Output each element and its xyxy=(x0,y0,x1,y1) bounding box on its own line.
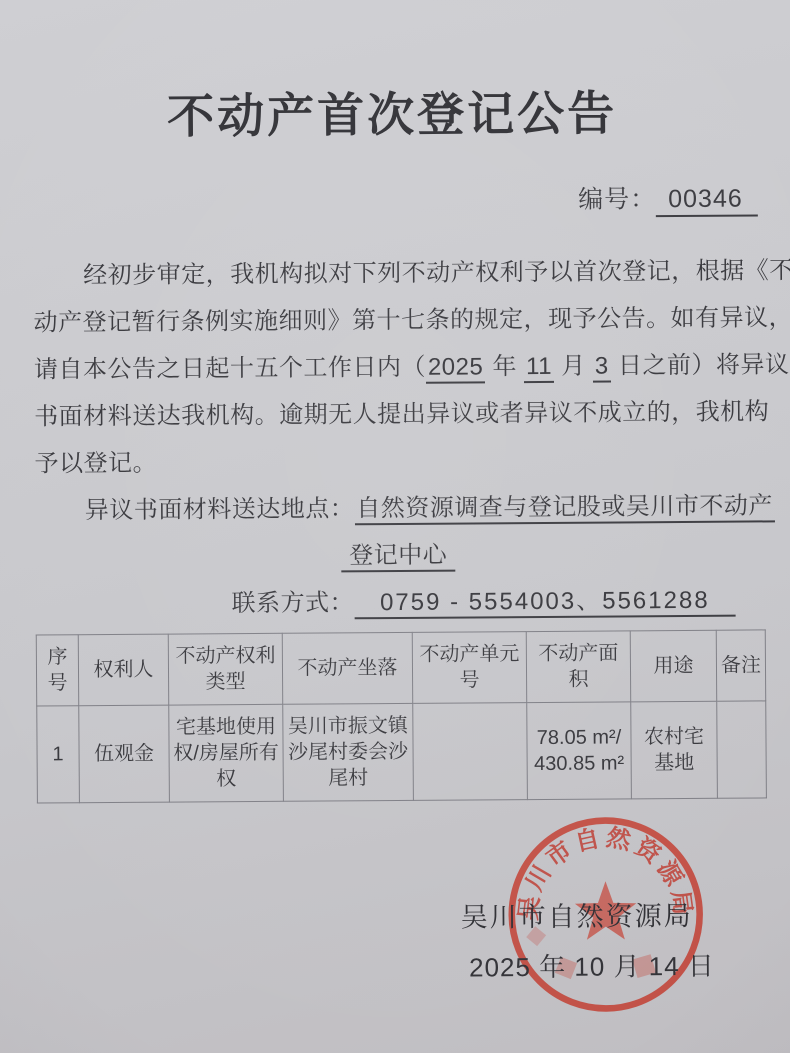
deadline-post: 日之前）将异议 xyxy=(611,351,790,379)
paragraph-line-4: 书面材料送达我机构。逾期无人提出异议或者异议不成立的，我机构 xyxy=(34,388,760,440)
header-unit-no: 不动产单元号 xyxy=(412,632,526,704)
header-seq: 序号 xyxy=(36,635,78,706)
delivery-label: 异议书面材料送达地点： xyxy=(85,495,355,524)
contact-label: 联系方式： xyxy=(231,589,354,617)
delivery-address-line-2: 登记中心 xyxy=(35,529,761,581)
paragraph-line-3: 请自本公告之日起十五个工作日内（2025 年 11 月 3 日之前）将异议 xyxy=(34,341,760,393)
header-usage: 用途 xyxy=(630,630,716,702)
cell-usage: 农村宅基地 xyxy=(631,701,718,799)
cell-unit-no xyxy=(413,703,528,801)
deadline-sep1: 年 xyxy=(485,353,524,380)
doc-number: 编号：00346 xyxy=(578,178,758,215)
paragraph-line-2: 动产登记暂行条例实施细则》第十七条的规定，现予公告。如有异议， xyxy=(33,294,759,346)
page-title: 不动产首次登记公告 xyxy=(0,75,787,148)
paragraph-line-5: 予以登记。 xyxy=(34,435,760,487)
cell-area: 78.05 m²/ 430.85 m² xyxy=(527,702,632,800)
doc-number-label: 编号： xyxy=(578,185,656,214)
header-owner: 权利人 xyxy=(78,634,168,706)
body-text: 经初步审定，我机构拟对下列不动产权利予以首次登记，根据《不 动产登记暂行条例实施… xyxy=(33,247,762,628)
contact-value: 0759 - 5554003、5561288 xyxy=(354,587,736,620)
cell-location: 吴川市振文镇沙尾村委会沙尾村 xyxy=(283,703,414,801)
registry-table: 序号 权利人 不动产权利类型 不动产坐落 不动产单元号 不动产面积 用途 备注 … xyxy=(36,629,767,803)
deadline-year: 2025 xyxy=(426,353,486,383)
cell-owner: 伍观金 xyxy=(79,705,170,803)
doc-number-value: 00346 xyxy=(656,184,758,217)
paragraph-line-1: 经初步审定，我机构拟对下列不动产权利予以首次登记，根据《不 xyxy=(33,247,759,299)
header-area: 不动产面积 xyxy=(526,631,630,703)
table-header-row: 序号 权利人 不动产权利类型 不动产坐落 不动产单元号 不动产面积 用途 备注 xyxy=(36,630,765,706)
issuing-authority: 吴川市自然资源局 xyxy=(461,894,693,935)
delivery-value-1: 自然资源调查与登记股或吴川市不动产 xyxy=(354,492,775,525)
delivery-address-line: 异议书面材料送达地点：自然资源调查与登记股或吴川市不动产 xyxy=(35,482,761,534)
cell-remark xyxy=(717,701,767,798)
table-row: 1 伍观金 宅基地使用权/房屋所有权 吴川市振文镇沙尾村委会沙尾村 78.05 … xyxy=(37,701,767,803)
deadline-sep2: 月 xyxy=(554,353,593,380)
deadline-day: 3 xyxy=(593,352,611,382)
announcement-page: 不动产首次登记公告 编号：00346 经初步审定，我机构拟对下列不动产权利予以首… xyxy=(0,0,790,1053)
delivery-value-2: 登记中心 xyxy=(341,542,455,573)
issue-date: 2025 年 10 月 14 日 xyxy=(469,946,715,985)
cell-right-type: 宅基地使用权/房屋所有权 xyxy=(169,704,284,802)
page-content: 不动产首次登记公告 编号：00346 经初步审定，我机构拟对下列不动产权利予以首… xyxy=(0,0,790,1053)
header-location: 不动产坐落 xyxy=(282,632,412,704)
area-line-1: 78.05 m²/ xyxy=(537,726,622,749)
area-line-2: 430.85 m² xyxy=(534,752,624,775)
header-right-type: 不动产权利类型 xyxy=(168,633,282,705)
header-remark: 备注 xyxy=(716,630,765,701)
cell-seq: 1 xyxy=(37,706,80,803)
contact-line: 联系方式：0759 - 5554003、5561288 xyxy=(35,576,761,628)
deadline-month: 11 xyxy=(524,353,554,383)
deadline-pre: 请自本公告之日起十五个工作日内（ xyxy=(34,354,426,384)
